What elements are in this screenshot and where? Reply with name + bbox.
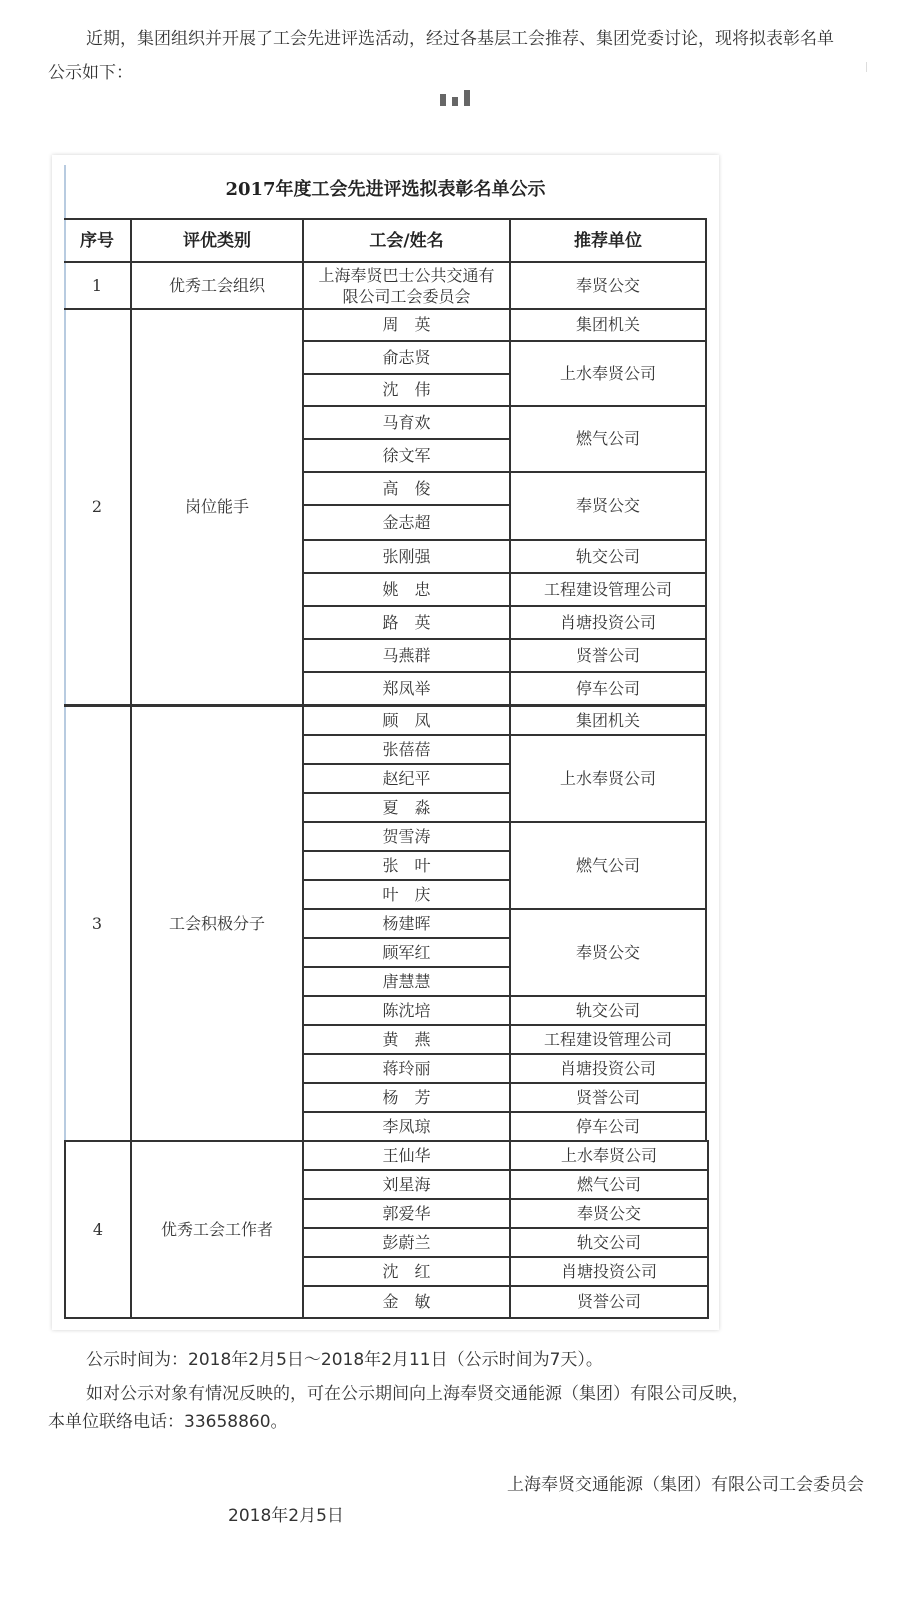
name-cell: 王仙华 bbox=[304, 1142, 509, 1169]
name-cell: 马燕群 bbox=[304, 640, 509, 671]
group-4-no: 4 bbox=[66, 1142, 130, 1317]
name-cell: 赵纪平 bbox=[304, 765, 509, 792]
group-4-category: 优秀工会工作者 bbox=[132, 1142, 302, 1317]
name-cell: 杨 芳 bbox=[304, 1084, 509, 1111]
unit-cell-merged: 燃气公司 bbox=[511, 407, 705, 471]
name-cell: 高 俊 bbox=[304, 473, 509, 504]
honor-list-table: 2017年度工会先进评选拟表彰名单公示 序号 评优类别 工会/姓名 推荐单位 bbox=[64, 165, 707, 1318]
header-no: 序号 bbox=[64, 220, 130, 261]
unit-cell: 上水奉贤公司 bbox=[511, 1142, 707, 1169]
name-cell: 徐文军 bbox=[304, 440, 509, 471]
name-cell: 张刚强 bbox=[304, 541, 509, 572]
publicity-period: 公示时间为：2018年2月5日～2018年2月11日（公示时间为7天）。 bbox=[86, 1343, 603, 1377]
group-3-no: 3 bbox=[64, 707, 130, 1140]
group-1-category: 优秀工会组织 bbox=[132, 263, 302, 308]
group-1-org-name: 上海奉贤巴士公共交通有 限公司工会委员会 bbox=[304, 263, 509, 308]
unit-cell-merged: 奉贤公交 bbox=[511, 473, 705, 539]
unit-cell-merged: 上水奉贤公司 bbox=[511, 342, 705, 405]
name-cell: 叶 庆 bbox=[304, 881, 509, 908]
name-cell: 陈沈培 bbox=[304, 997, 509, 1024]
unit-cell: 轨交公司 bbox=[511, 541, 705, 572]
header-category: 评优类别 bbox=[132, 220, 302, 261]
unit-cell: 贤誉公司 bbox=[511, 640, 705, 671]
unit-cell: 工程建设管理公司 bbox=[511, 574, 705, 605]
signature: 上海奉贤交通能源（集团）有限公司工会委员会 bbox=[507, 1468, 864, 1502]
unit-cell: 奉贤公交 bbox=[511, 1200, 707, 1227]
name-cell: 张蓓蓓 bbox=[304, 736, 509, 763]
name-cell: 郑凤举 bbox=[304, 673, 509, 704]
name-cell: 张 叶 bbox=[304, 852, 509, 879]
org-name-line-1: 上海奉贤巴士公共交通有 bbox=[318, 265, 494, 286]
intro-line-2: 公示如下： bbox=[48, 56, 133, 90]
unit-cell-merged: 奉贤公交 bbox=[511, 910, 705, 995]
name-cell: 贺雪涛 bbox=[304, 823, 509, 850]
group-1-unit: 奉贤公交 bbox=[511, 263, 705, 308]
name-cell: 夏 淼 bbox=[304, 794, 509, 821]
name-cell: 路 英 bbox=[304, 607, 509, 638]
unit-cell: 轨交公司 bbox=[511, 997, 705, 1024]
name-cell: 沈 伟 bbox=[304, 375, 509, 405]
name-cell: 蒋玲丽 bbox=[304, 1055, 509, 1082]
name-cell: 顾 凤 bbox=[304, 707, 509, 734]
name-cell: 彭蔚兰 bbox=[304, 1229, 509, 1256]
unit-cell: 停车公司 bbox=[511, 673, 705, 704]
name-cell: 俞志贤 bbox=[304, 342, 509, 373]
unit-cell: 轨交公司 bbox=[511, 1229, 707, 1256]
name-cell: 刘星海 bbox=[304, 1171, 509, 1198]
header-unit: 推荐单位 bbox=[511, 220, 705, 261]
unit-cell: 集团机关 bbox=[511, 310, 705, 340]
group-3-category: 工会积极分子 bbox=[132, 707, 302, 1140]
edge-marker bbox=[866, 62, 867, 72]
name-cell: 唐慧慧 bbox=[304, 968, 509, 995]
org-name-line-2: 限公司工会委员会 bbox=[342, 286, 470, 307]
unit-cell: 贤誉公司 bbox=[511, 1287, 707, 1317]
name-cell: 姚 忠 bbox=[304, 574, 509, 605]
unit-cell-merged: 上水奉贤公司 bbox=[511, 736, 705, 821]
unit-cell-merged: 燃气公司 bbox=[511, 823, 705, 908]
unit-cell: 工程建设管理公司 bbox=[511, 1026, 705, 1053]
name-cell: 顾军红 bbox=[304, 939, 509, 966]
unit-cell: 燃气公司 bbox=[511, 1171, 707, 1198]
unit-cell: 集团机关 bbox=[511, 707, 705, 734]
name-cell: 马育欢 bbox=[304, 407, 509, 438]
name-cell: 黄 燕 bbox=[304, 1026, 509, 1053]
name-cell: 金 敏 bbox=[304, 1287, 509, 1317]
unit-cell: 肖塘投资公司 bbox=[511, 607, 705, 638]
name-cell: 郭爱华 bbox=[304, 1200, 509, 1227]
feedback-line-2: 本单位联络电话：33658860。 bbox=[48, 1405, 288, 1439]
table-title: 2017年度工会先进评选拟表彰名单公示 bbox=[64, 175, 707, 201]
group-2-category: 岗位能手 bbox=[132, 310, 302, 704]
unit-cell: 停车公司 bbox=[511, 1113, 705, 1140]
unit-cell: 贤誉公司 bbox=[511, 1084, 705, 1111]
name-cell: 沈 红 bbox=[304, 1258, 509, 1285]
unit-cell: 肖塘投资公司 bbox=[511, 1055, 705, 1082]
group-1-no: 1 bbox=[64, 263, 130, 308]
header-name: 工会/姓名 bbox=[304, 220, 509, 261]
group-2-no: 2 bbox=[64, 310, 130, 704]
unit-cell: 肖塘投资公司 bbox=[511, 1258, 707, 1285]
name-cell: 金志超 bbox=[304, 506, 509, 539]
bar-chart-loading-icon bbox=[438, 90, 474, 106]
intro-line-1: 近期，集团组织并开展了工会先进评选活动，经过各基层工会推荐、集团党委讨论，现将拟… bbox=[86, 22, 834, 56]
name-cell: 周 英 bbox=[304, 310, 509, 340]
signature-date: 2018年2月5日 bbox=[228, 1499, 344, 1533]
name-cell: 杨建晖 bbox=[304, 910, 509, 937]
name-cell: 李凤琼 bbox=[304, 1113, 509, 1140]
